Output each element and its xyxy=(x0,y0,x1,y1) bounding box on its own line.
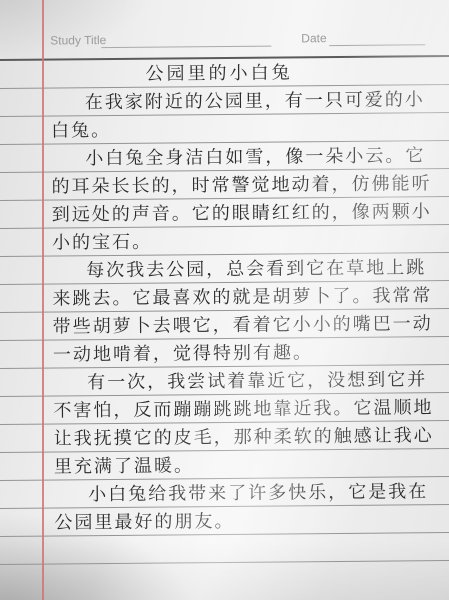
essay-line: 带些胡萝卜去喂它，看着它小小的嘴巴一动 xyxy=(0,309,449,341)
notebook-paper: Study Title Date 公园里的小白兔 在我家附近的公园里，有一只可爱… xyxy=(0,0,449,600)
study-title-blank-line xyxy=(101,46,271,48)
date-label: Date xyxy=(301,31,326,45)
page-header: Study Title Date xyxy=(0,28,449,52)
essay-line: 里充满了温暖。 xyxy=(0,449,449,481)
essay-line: 不害怕，反而蹦蹦跳跳地靠近我。它温顺地 xyxy=(0,393,449,425)
ruled-area: 公园里的小白兔 在我家附近的公园里，有一只可爱的小 白兔。 小白兔全身洁白如雪，… xyxy=(0,55,449,565)
empty-ruled-line xyxy=(0,533,449,565)
date-blank-line xyxy=(329,44,425,46)
essay-line: 一动地啃着，觉得特别有趣。 xyxy=(0,337,449,369)
essay-title: 公园里的小白兔 xyxy=(0,57,449,89)
study-title-label: Study Title xyxy=(50,33,106,47)
essay-line: 小白兔给我带来了许多快乐，它是我在 xyxy=(0,477,449,509)
essay-line: 白兔。 xyxy=(0,113,449,145)
essay-line: 让我抚摸它的皮毛，那种柔软的触感让我心 xyxy=(0,421,449,453)
margin-line xyxy=(42,0,44,600)
essay-line: 小白兔全身洁白如雪，像一朵小云。它 xyxy=(0,141,449,173)
essay-line: 公园里最好的朋友。 xyxy=(0,505,449,537)
essay-line: 小的宝石。 xyxy=(0,225,449,257)
sheet-content: Study Title Date 公园里的小白兔 在我家附近的公园里，有一只可爱… xyxy=(0,0,449,600)
essay-line: 有一次，我尝试着靠近它，没想到它并 xyxy=(0,365,449,397)
essay-line: 的耳朵长长的，时常警觉地动着，仿佛能听 xyxy=(0,169,449,201)
essay-line: 来跳去。它最喜欢的就是胡萝卜了。我常常 xyxy=(0,281,449,313)
essay-line: 每次我去公园，总会看到它在草地上跳 xyxy=(0,253,449,285)
essay-line: 在我家附近的公园里，有一只可爱的小 xyxy=(0,85,449,117)
essay-line: 到远处的声音。它的眼睛红红的，像两颗小 xyxy=(0,197,449,229)
